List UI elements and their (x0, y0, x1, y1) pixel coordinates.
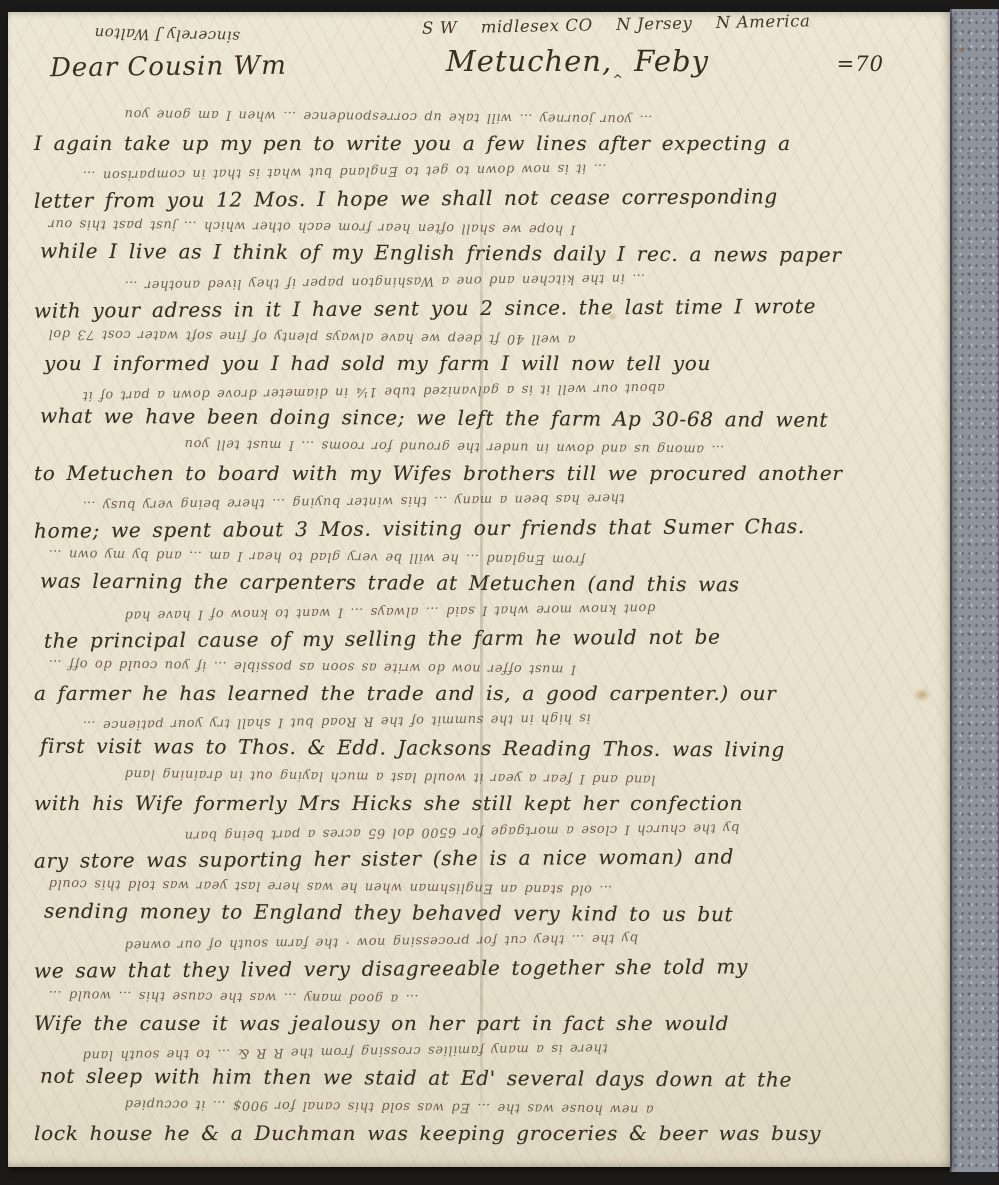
cross-writing-line: a well 40 ft deep we have always plenty … (48, 323, 576, 349)
cross-writing-line: a new house was the … Ed was sold this c… (124, 1093, 654, 1119)
dateline-date: Feby (624, 44, 709, 78)
letter-line: a farmer he has learned the trade and is… (34, 676, 928, 711)
line-pair: … it is now down to get to England but w… (34, 159, 928, 214)
letter-line: we saw that they lived very disagreeable… (34, 948, 928, 988)
letter-line: first visit was to Thos. & Edd. Jacksons… (40, 729, 928, 769)
letter-line: letter from you 12 Mos. I hope we shall … (34, 178, 928, 218)
line-pair: there is a many families crossing from t… (34, 1039, 928, 1094)
cross-writing-line: … a good many … was the cause this … wou… (48, 984, 419, 1008)
letter-line: home; we spent about 3 Mos. visiting our… (34, 508, 928, 548)
line-pair: there has been a many … this winter buyi… (34, 489, 928, 544)
letter-header: S W midlesex CO N Jersey N America since… (8, 12, 950, 104)
cross-writing-line: … your journey … will take up correspond… (124, 103, 653, 129)
salutation: Dear Cousin Wm (50, 51, 287, 83)
letter-line: was learning the carpenters trade at Met… (40, 564, 928, 604)
line-pair: by the … they cut for processing now · t… (34, 929, 928, 984)
cross-writing-line: land and I fear a year it would last a m… (124, 763, 656, 789)
letter-line: with his Wife formerly Mrs Hicks she sti… (34, 786, 928, 821)
letter-line: Wife the cause it was jealousy on her pa… (34, 1006, 928, 1041)
line-pair: a new house was the … Ed was sold this c… (34, 1094, 928, 1149)
line-pair: is high in the summit of the R Road but … (34, 709, 928, 764)
cross-writing-line: … among us and down in under the ground … (184, 433, 725, 459)
dateline-place: Metuchen, (446, 44, 612, 78)
line-pair: … your journey … will take up correspond… (34, 104, 928, 159)
line-pair: dont know more what I said … always … I … (34, 599, 928, 654)
letter-line: you I informed you I had sold my farm I … (44, 346, 928, 381)
address-line: S W midlesex CO N Jersey N America (422, 11, 811, 37)
line-pair: I hope we shall often hear from each oth… (34, 214, 928, 269)
line-pair: land and I fear a year it would last a m… (34, 764, 928, 819)
letter-paper: S W midlesex CO N Jersey N America since… (8, 12, 950, 1167)
letter-line: the principal cause of my selling the fa… (44, 618, 928, 658)
line-pair: a well 40 ft deep we have always plenty … (34, 324, 928, 379)
upside-down-signature: sincerely J Walton (94, 24, 240, 46)
year-mark: =70 (837, 52, 884, 76)
letter-line: with your adress in it I have sent you 2… (34, 288, 928, 328)
insertion-caret: ^ (612, 73, 624, 88)
line-pair: from England … he will be very glad to h… (34, 544, 928, 599)
letter-line: what we have been doing since; we left t… (40, 399, 928, 439)
letter-lines: … your journey … will take up correspond… (8, 104, 950, 1149)
line-pair: about our well it is a galvanized tube 1… (34, 379, 928, 434)
line-pair: … old stand an Englishman when he was he… (34, 874, 928, 929)
line-pair: … among us and down in under the ground … (34, 434, 928, 489)
letter-line: not sleep with him then we staid at Ed' … (40, 1059, 928, 1099)
line-pair: … in the kitchen and one a Washington pa… (34, 269, 928, 324)
letter-line: sending money to England they behaved ve… (44, 894, 928, 934)
letter-line: while I live as I think of my English fr… (40, 234, 928, 274)
letter-line: ary store was suporting her sister (she … (34, 838, 928, 878)
letter-line: I again take up my pen to write you a fe… (34, 126, 928, 161)
line-pair: by the church I close a mortgage for 650… (34, 819, 928, 874)
fabric-backing-strip (950, 9, 999, 1172)
line-pair: … a good many … was the cause this … wou… (34, 984, 928, 1039)
cross-writing-line: I must offer now do write as soon as pos… (48, 653, 576, 679)
scanned-letter-page: S W midlesex CO N Jersey N America since… (0, 0, 999, 1185)
letter-line: to Metuchen to board with my Wifes broth… (34, 456, 928, 491)
line-pair: I must offer now do write as soon as pos… (34, 654, 928, 709)
letter-line: lock house he & a Duchman was keeping gr… (34, 1116, 928, 1151)
dateline: Metuchen,^ Feby (446, 44, 709, 82)
